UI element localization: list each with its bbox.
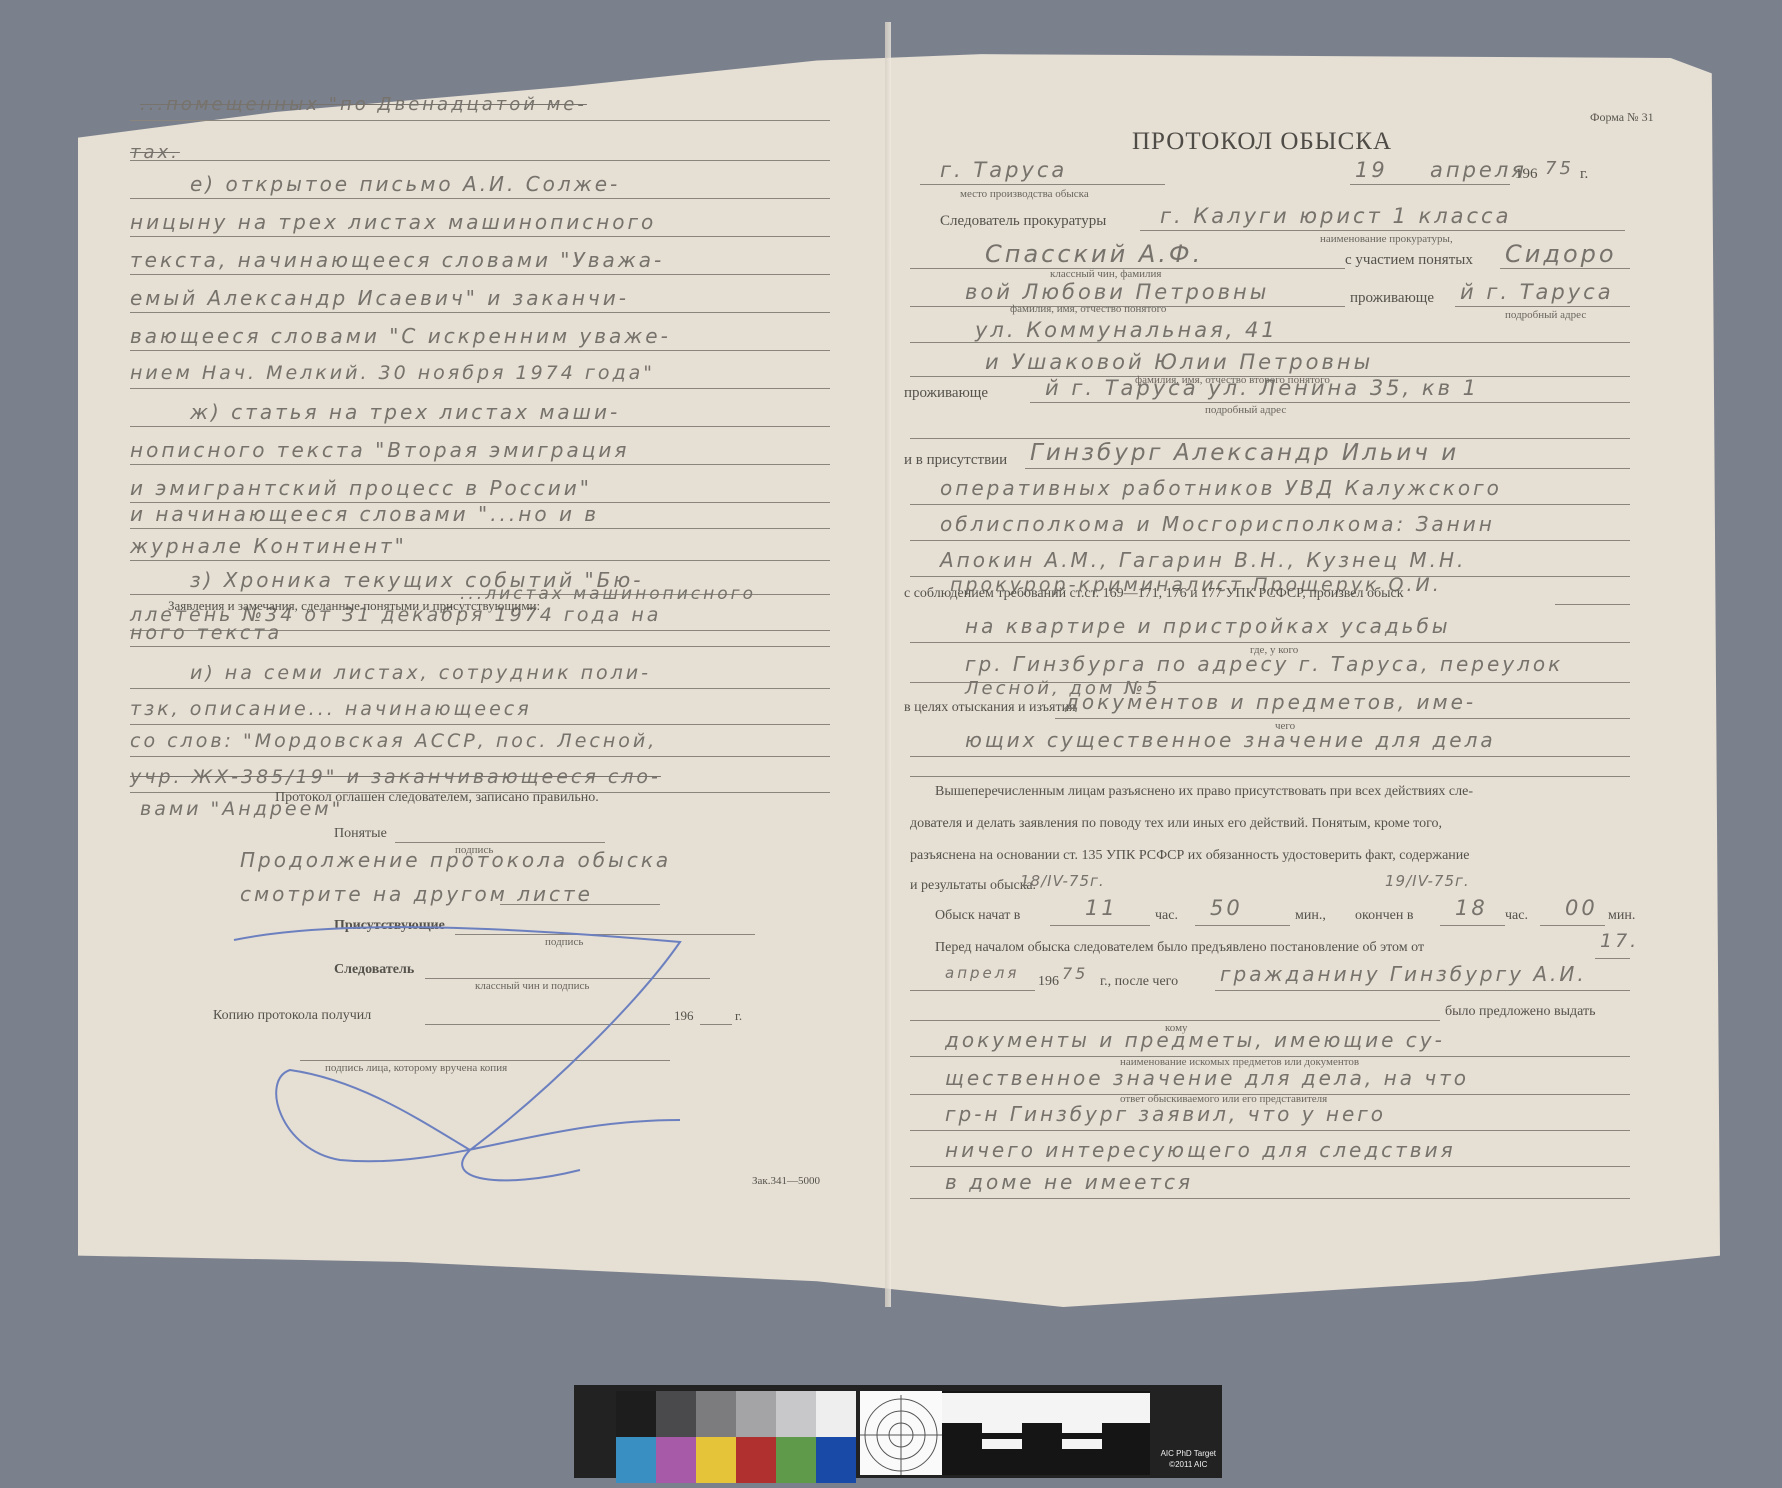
- rights-line-1: Вышеперечисленным лицам разъяснено их пр…: [935, 784, 1473, 800]
- continuation-note-2: смотрите на другом листе: [240, 882, 593, 906]
- gray-swatch-2: [656, 1391, 696, 1437]
- where-line-1: на квартире и пристройках усадьбы: [965, 614, 1451, 638]
- blue-ink-z-strike: [220, 920, 700, 1200]
- left-hw-line-3: ницыну на трех листах машинописного: [130, 210, 656, 234]
- end-hour-label: час.: [1505, 908, 1528, 924]
- investigator-label: Следователь прокуратуры: [940, 213, 1106, 230]
- gray-swatch-1: [616, 1391, 656, 1437]
- residing2-caption: подробный адрес: [1205, 404, 1286, 416]
- left-hw-line-20: учр. ЖХ-385/19" и заканчивающееся сло-: [130, 766, 661, 788]
- compliance-text: с соблюдением требований ст.ст. 169—171,…: [904, 586, 1404, 602]
- items-line-2: щественное значение для дела, на что: [945, 1066, 1469, 1090]
- date-year-hand: 75: [1545, 158, 1574, 179]
- target-label: AIC PhD Target ©2011 AIC: [1161, 1448, 1216, 1470]
- start-label: Обыск начат в: [935, 908, 1020, 924]
- after-value: гражданину Гинзбургу А.И.: [1220, 962, 1587, 986]
- residing2-label: проживающе: [904, 385, 988, 402]
- purpose-line-1: документов и предметов, име-: [1065, 690, 1476, 714]
- color-calibration-target: AIC PhD Target ©2011 AIC: [574, 1385, 1222, 1478]
- date-day: 19: [1355, 158, 1388, 182]
- continuation-note-1: Продолжение протокола обыска: [240, 848, 671, 872]
- start-hour: 11: [1085, 896, 1118, 920]
- date-year-prefix: 196: [1515, 166, 1538, 183]
- offered-label: было предложено выдать: [1445, 1004, 1596, 1020]
- metric-ruler: [942, 1391, 1150, 1475]
- witness2-name: и Ушаковой Юлии Петровны: [985, 350, 1373, 374]
- form-number: Форма № 31: [1590, 110, 1654, 125]
- date-suffix: г.: [1580, 166, 1588, 183]
- left-hw-line-4: текста, начинающееся словами "Уважа-: [130, 248, 664, 272]
- end-hour: 18: [1455, 896, 1488, 920]
- investigator-name: Спасский А.Ф.: [985, 240, 1203, 268]
- blue-swatch: [816, 1437, 856, 1483]
- magenta-swatch: [656, 1437, 696, 1483]
- left-hw-line-5: емый Александр Исаевич" и заканчи-: [130, 286, 629, 310]
- warrant-day: 17.: [1600, 930, 1639, 952]
- after-label: г., после чего: [1100, 974, 1178, 990]
- left-hw-line-0: ...помещенных "по Двенадцатой ме-: [140, 94, 587, 115]
- left-hw-line-18: тзк, описание... начинающееся: [130, 698, 532, 720]
- prosecutor-caption: наименование прокуратуры,: [1320, 233, 1453, 245]
- items-line-1: документы и предметы, имеющие су-: [945, 1028, 1445, 1052]
- bullseye-target-icon: [860, 1391, 942, 1475]
- left-hw-line-21: вами "Андреем": [140, 798, 343, 820]
- presence-line-4: Апокин А.М., Гагарин В.Н., Кузнец М.Н.: [940, 548, 1466, 572]
- warrant-month: апреля: [945, 964, 1019, 982]
- red-swatch: [736, 1437, 776, 1483]
- gray-swatch-6: [816, 1391, 856, 1437]
- investigator-caption: классный чин, фамилия: [1050, 268, 1162, 280]
- hour-label: час.: [1155, 908, 1178, 924]
- document-title: ПРОТОКОЛ ОБЫСКА: [1132, 128, 1392, 156]
- target-label-line2: ©2011 AIC: [1161, 1459, 1216, 1470]
- witness1-name: вой Любови Петровны: [965, 280, 1269, 304]
- answer-line-1: гр-н Гинзбург заявил, что у него: [945, 1102, 1386, 1126]
- left-hw-line-11: и начинающееся словами "...но и в: [130, 502, 599, 526]
- end-min-label: мин.: [1608, 908, 1635, 924]
- witness1-caption: фамилия, имя, отчество понятого: [1010, 303, 1166, 315]
- presence-line-1: Гинзбург Александр Ильич и: [1030, 440, 1459, 466]
- left-hw-line-17: и) на семи листах, сотрудник поли-: [190, 662, 651, 684]
- print-order: Зак.341—5000: [752, 1175, 820, 1187]
- cyan-swatch: [616, 1437, 656, 1483]
- warrant-year-prefix: 196: [1038, 974, 1059, 990]
- gray-swatch-4: [736, 1391, 776, 1437]
- left-hw-line-15: ...листах машинописного: [460, 584, 756, 604]
- left-hw-line-19: со слов: "Мордовская АССР, пос. Лесной,: [130, 730, 657, 752]
- purpose-label: в целях отыскания и изъятия: [904, 700, 1076, 716]
- left-hw-line-16: ного текста: [130, 622, 282, 644]
- target-label-line1: AIC PhD Target: [1161, 1448, 1216, 1459]
- presence-label: и в присутствии: [904, 452, 1007, 469]
- min-label: мин.,: [1295, 908, 1326, 924]
- answer-line-3: в доме не имеется: [945, 1170, 1193, 1194]
- left-hw-line-6: вающееся словами "С искренним уваже-: [130, 324, 671, 348]
- witnesses-sign-label: Понятые: [334, 826, 387, 842]
- purpose-line-2: ющих существенное значение для дела: [965, 728, 1496, 752]
- presence-line-3: облисполкома и Мосгорисполкома: Занин: [940, 512, 1495, 536]
- left-hw-line-8: ж) статья на трех листах маши-: [190, 400, 620, 424]
- residing1-value: й г. Таруса: [1460, 280, 1614, 304]
- residing1-label: проживающе: [1350, 290, 1434, 307]
- residing1-caption: подробный адрес: [1505, 309, 1586, 321]
- rights-line-3: разъяснена на основании ст. 135 УПК РСФС…: [910, 848, 1469, 864]
- residing2-value: й г. Таруса ул. Ленина 35, кв 1: [1045, 376, 1479, 400]
- left-hw-line-12: журнале Континент": [130, 534, 407, 558]
- residing1-cont: ул. Коммунальная, 41: [975, 318, 1278, 342]
- start-min: 50: [1210, 896, 1243, 920]
- prosecutor-value: г. Калуги юрист 1 класса: [1160, 204, 1511, 228]
- place-value: г. Таруса: [940, 158, 1067, 182]
- answer-line-2: ничего интересующего для следствия: [945, 1138, 1456, 1162]
- left-hw-line-2: е) открытое письмо А.И. Солже-: [190, 172, 620, 196]
- end-date-note: 19/IV-75г.: [1385, 872, 1470, 890]
- witnesses-label: с участием понятых: [1345, 252, 1473, 269]
- gray-swatch-3: [696, 1391, 736, 1437]
- date-month: апреля: [1430, 158, 1527, 182]
- presence-line-2: оперативных работников УВД Калужского: [940, 476, 1502, 500]
- witness1-start: Сидоро: [1505, 240, 1617, 268]
- rights-line-2: дователя и делать заявления по поводу те…: [910, 816, 1442, 832]
- left-hw-line-9: нописного текста "Вторая эмиграция: [130, 438, 629, 462]
- where-line-2: гр. Гинзбурга по адресу г. Таруса, переу…: [965, 652, 1563, 676]
- warrant-year-hand: 75: [1062, 964, 1088, 983]
- place-caption: место производства обыска: [960, 188, 1089, 200]
- warrant-text: Перед началом обыска следователем было п…: [935, 940, 1424, 956]
- left-hw-line-7: нием Нач. Мелкий. 30 ноября 1974 года": [130, 362, 655, 384]
- end-min: 00: [1565, 896, 1598, 920]
- green-swatch: [776, 1437, 816, 1483]
- gray-swatch-5: [776, 1391, 816, 1437]
- rights-line-4: и результаты обыска.: [910, 878, 1036, 894]
- left-hw-line-10: и эмигрантский процесс в России": [130, 476, 592, 500]
- start-date-note: 18/IV-75г.: [1020, 872, 1105, 890]
- copy-suffix: г.: [735, 1008, 742, 1024]
- center-fold: [885, 22, 891, 1307]
- end-label: окончен в: [1355, 908, 1413, 924]
- yellow-swatch: [696, 1437, 736, 1483]
